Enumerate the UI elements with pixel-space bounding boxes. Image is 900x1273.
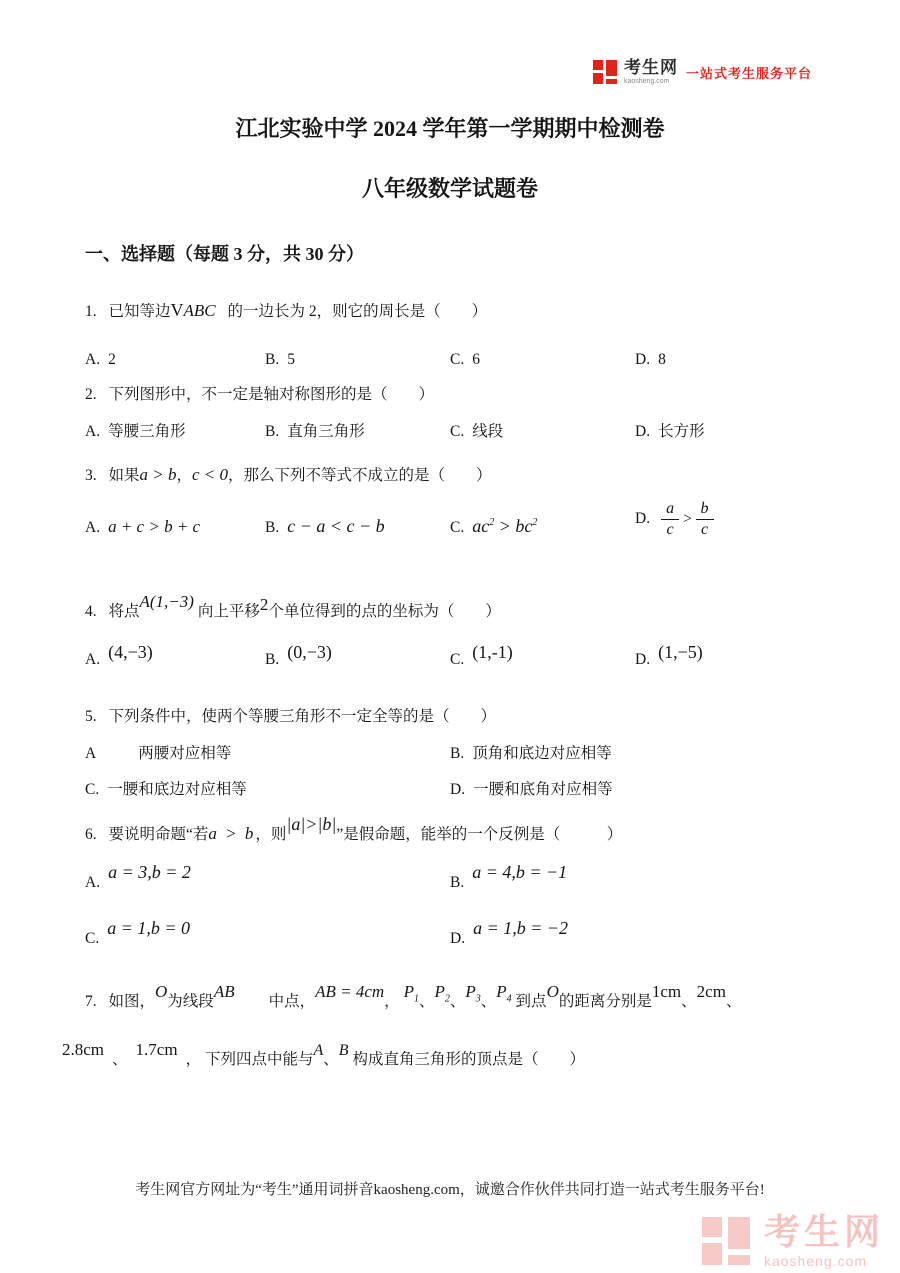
question-5-stem: 5. 下列条件中，使两个等腰三角形不一定全等的是（ ） — [85, 705, 840, 728]
option-a: A.a + c > b + c — [85, 514, 265, 540]
kaosheng-logo-icon — [593, 58, 619, 86]
logo-brand-name: 考生网 — [624, 59, 678, 76]
option-c: C.线段 — [450, 420, 635, 443]
question-7-stem-line2: 2.8cm、1.7cm， 下列四点中能与A、B 构成直角三角形的顶点是（ ） — [62, 1046, 840, 1072]
option-d: D.一腰和底角对应相等 — [450, 778, 840, 801]
exam-paper-page: 考生网 kaosheng.com 一站式考生服务平台 江北实验中学 2024 学… — [0, 0, 900, 1273]
question-3-options: A.a + c > b + c B.c − a < c − b C.ac2 > … — [85, 500, 840, 540]
option-b: B.直角三角形 — [265, 420, 450, 443]
question-4-stem: 4. 将点A(1,−3) 向上平移2个单位得到的点的坐标为（ ） — [85, 598, 840, 624]
question-6-options-row1: A.a = 3,b = 2 B.a = 4,b = −1 — [85, 868, 840, 895]
option-d: D.a = 1,b = −2 — [450, 924, 840, 951]
option-b: B.(0,−3) — [265, 645, 450, 672]
option-c: C.(1,-1) — [450, 645, 635, 672]
triangle-symbol: V — [171, 300, 184, 320]
kaosheng-watermark: 考生网 kaosheng.com — [702, 1213, 884, 1269]
option-a: A.a = 3,b = 2 — [85, 868, 450, 895]
option-d: D.ac>bc — [635, 500, 840, 540]
question-4-options: A.(4,−3) B.(0,−3) C.(1,-1) D.(1,−5) — [85, 645, 840, 672]
question-2-stem: 2. 下列图形中，不一定是轴对称图形的是（ ） — [85, 383, 840, 406]
question-2-options: A.等腰三角形 B.直角三角形 C.线段 D.长方形 — [85, 420, 840, 443]
question-7-stem-line1: 7. 如图，O为线段AB中点，AB = 4cm， P1、P2、P3、P4 到点O… — [85, 988, 840, 1015]
logo-tagline: 一站式考生服务平台 — [686, 63, 812, 82]
option-a: A.(4,−3) — [85, 645, 265, 672]
question-5-options-row2: C.一腰和底边对应相等 D.一腰和底角对应相等 — [85, 778, 840, 801]
question-5-options-row1: A两腰对应相等 B.顶角和底边对应相等 — [85, 742, 840, 765]
watermark-site-url: kaosheng.com — [764, 1254, 884, 1268]
option-a: A两腰对应相等 — [85, 742, 450, 765]
kaosheng-watermark-icon — [702, 1213, 754, 1269]
option-b: B.顶角和底边对应相等 — [450, 742, 840, 765]
section-heading: 一、选择题（每题 3 分，共 30 分） — [85, 241, 840, 268]
question-6-options-row2: C.a = 1,b = 0 D.a = 1,b = −2 — [85, 924, 840, 951]
footer-note: 考生网官方网址为“考生”通用词拼音kaosheng.com，诚邀合作伙伴共同打造… — [0, 1178, 900, 1199]
question-1-stem: 1. 已知等边VABC 的一边长为 2，则它的周长是（ ） — [85, 297, 840, 324]
option-c: C.6 — [450, 348, 635, 371]
option-d: D.8 — [635, 348, 840, 371]
option-d: D.长方形 — [635, 420, 840, 443]
watermark-brand-name: 考生网 — [764, 1214, 884, 1250]
option-b: B.c − a < c − b — [265, 513, 450, 540]
option-c: C.a = 1,b = 0 — [85, 924, 450, 951]
option-a: A.2 — [85, 348, 265, 371]
option-c: C.一腰和底边对应相等 — [85, 778, 450, 801]
kaosheng-logo: 考生网 kaosheng.com 一站式考生服务平台 — [593, 58, 812, 86]
option-a: A.等腰三角形 — [85, 420, 265, 443]
logo-site-url: kaosheng.com — [624, 78, 678, 85]
page-title: 江北实验中学 2024 学年第一学期期中检测卷 — [0, 112, 900, 145]
page-subtitle: 八年级数学试题卷 — [0, 172, 900, 205]
option-d: D.(1,−5) — [635, 645, 840, 672]
option-b: B.5 — [265, 348, 450, 371]
question-3-stem: 3. 如果a > b，c < 0，那么下列不等式不成立的是（ ） — [85, 462, 840, 488]
question-1-options: A.2 B.5 C.6 D.8 — [85, 348, 840, 371]
option-b: B.a = 4,b = −1 — [450, 868, 840, 895]
question-6-stem: 6. 要说明命题“若a > b，则|a|>|b|”是假命题，能举的一个反例是（ … — [85, 820, 840, 847]
option-c: C.ac2 > bc2 — [450, 513, 635, 540]
